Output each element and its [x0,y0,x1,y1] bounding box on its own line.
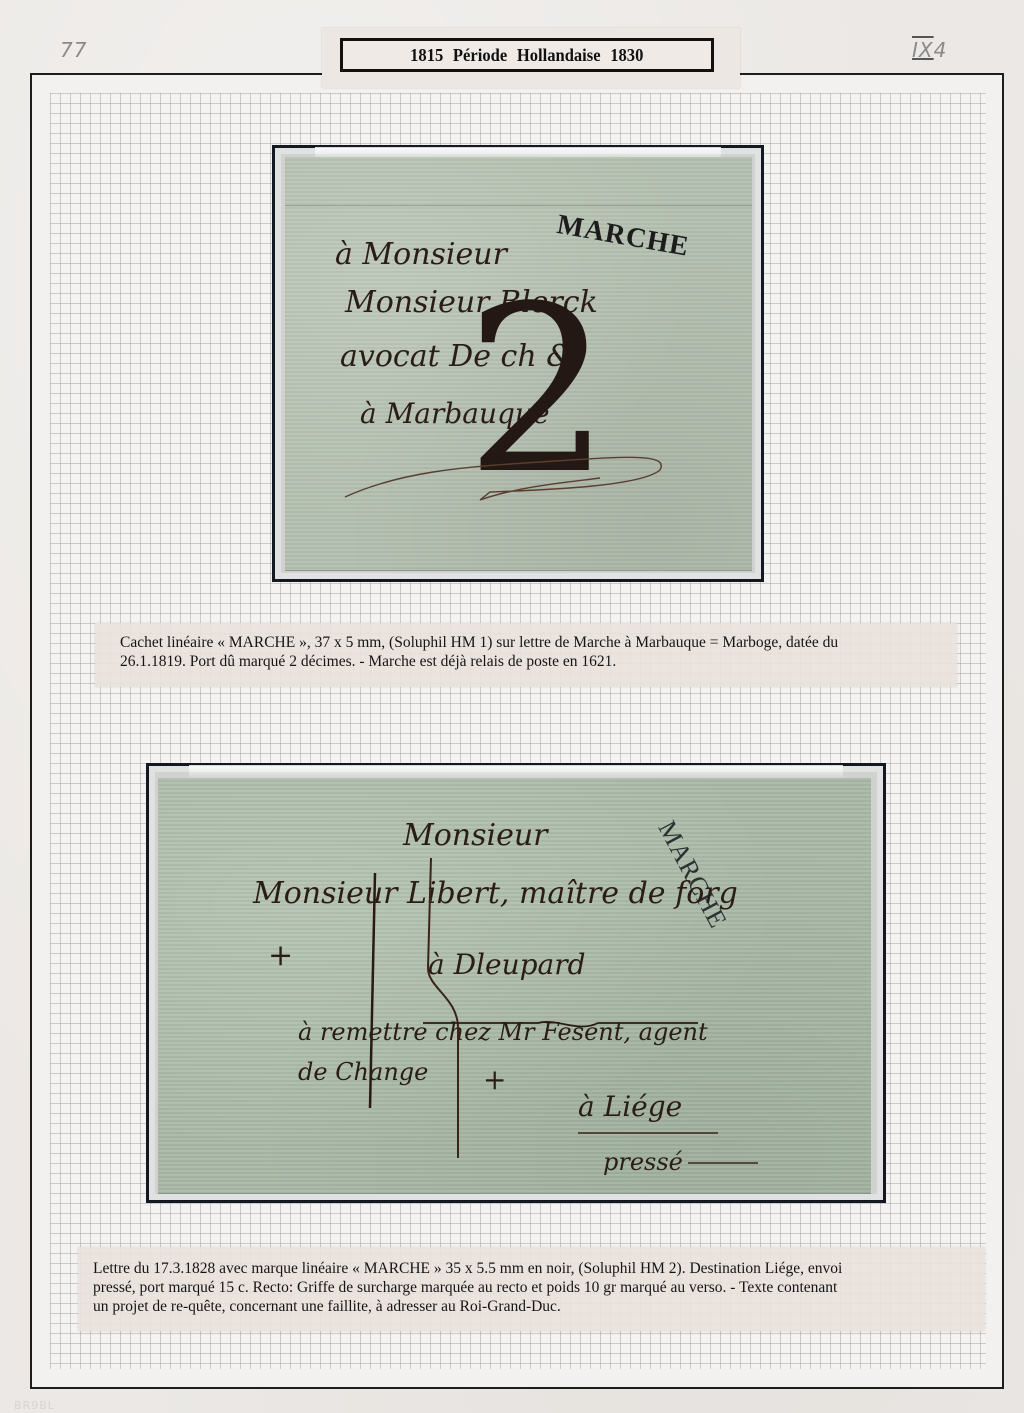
cover1-mount: MARCHE à Monsieur Monsieur Blerck avocat… [272,145,764,582]
cover2-caption-line: pressé, port marqué 15 c. Recto: Griffe … [93,1278,975,1297]
cover2-mount: MARCHE Monsieur Monsieur Libert, maître … [146,763,886,1203]
cover2-caption-line: un projet de re-quête, concernant une fa… [93,1297,975,1316]
cover2-caption: Lettre du 17.3.1828 avec marque linéaire… [78,1247,985,1331]
cover1-caption-line: Cachet linéaire « MARCHE », 37 x 5 mm, (… [120,633,943,652]
pencil-page-number: 77 [60,38,87,62]
cover2-caption-line: Lettre du 17.3.1828 avec marque linéaire… [93,1259,975,1278]
cover1-signature-flourish-icon [340,442,680,512]
cover2-surcharge-griffe-icon [158,778,871,1193]
page-title: 1815 Période Hollandaise 1830 [410,45,643,66]
page-title-box: 1815 Période Hollandaise 1830 [340,38,714,72]
cover1-letter: MARCHE à Monsieur Monsieur Blerck avocat… [285,157,752,570]
cover1-caption-line: 26.1.1819. Port dû marqué 2 décimes. - M… [120,652,943,671]
cover2-letter: MARCHE Monsieur Monsieur Libert, maître … [158,778,871,1193]
pencil-reference-number: 4 [934,38,948,62]
cover1-caption: Cachet linéaire « MARCHE », 37 x 5 mm, (… [95,623,957,687]
pencil-page-reference: IX4 [912,38,947,62]
album-brand-mark: BR9BL [14,1399,55,1412]
pencil-reference-roman: IX [912,38,934,62]
fold-line [285,205,752,206]
